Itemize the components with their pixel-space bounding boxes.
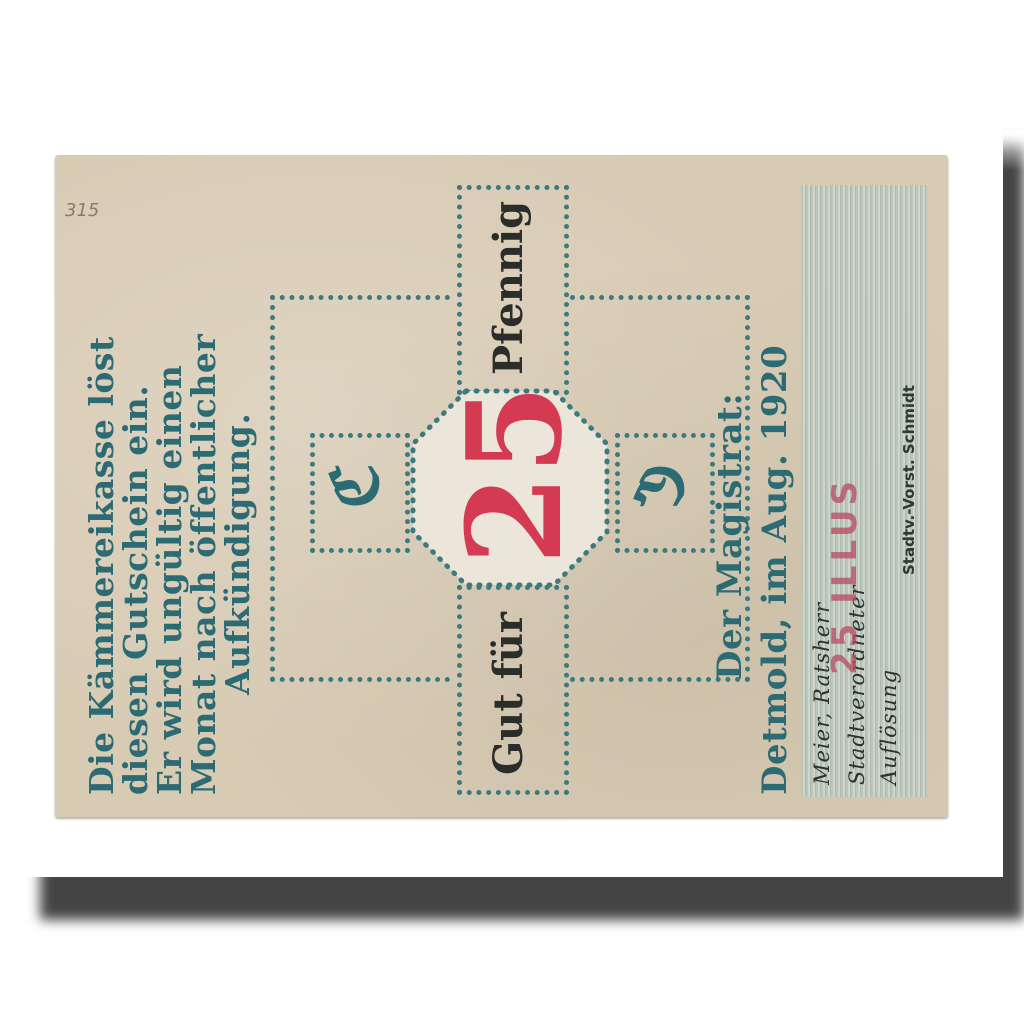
- redemption-text: Die Kämmereikasse löst diesen Gutschein …: [85, 334, 255, 795]
- redemption-line-4: Monat nach öffentlicher: [187, 334, 221, 795]
- label-pfennig: Pfennig: [485, 201, 532, 375]
- dotted-rule: [270, 295, 450, 300]
- redemption-line-2: diesen Gutschein ein.: [119, 334, 153, 795]
- label-gut-fuer: Gut für: [485, 612, 532, 775]
- city-emblem-icon: ℭ: [628, 453, 694, 519]
- place-date-line: Detmold, im Aug. 1920: [755, 345, 795, 795]
- signature-3: Auflösung: [877, 669, 901, 785]
- issuer-line: Der Magistrat:: [710, 393, 750, 680]
- denomination-value: 25: [450, 384, 580, 565]
- pencil-mark: 315: [65, 200, 99, 221]
- small-print: Stadtv.-Vorst. Schmidt: [900, 385, 918, 575]
- shadow-fade: [1002, 130, 1024, 170]
- banknote: 315 Die Kämmereikasse löst diesen Gutsch…: [55, 155, 948, 817]
- dotted-rule: [270, 295, 275, 682]
- redemption-line-3: Er wird ungültig einen: [153, 334, 187, 795]
- red-stamp: 25 ILLUS: [825, 477, 865, 675]
- redemption-line-5: Aufkündigung.: [221, 334, 255, 795]
- redemption-line-1: Die Kämmereikasse löst: [85, 334, 119, 795]
- city-emblem-icon: ℭ: [323, 453, 389, 519]
- dotted-rule: [570, 295, 750, 300]
- dotted-rule: [270, 677, 450, 682]
